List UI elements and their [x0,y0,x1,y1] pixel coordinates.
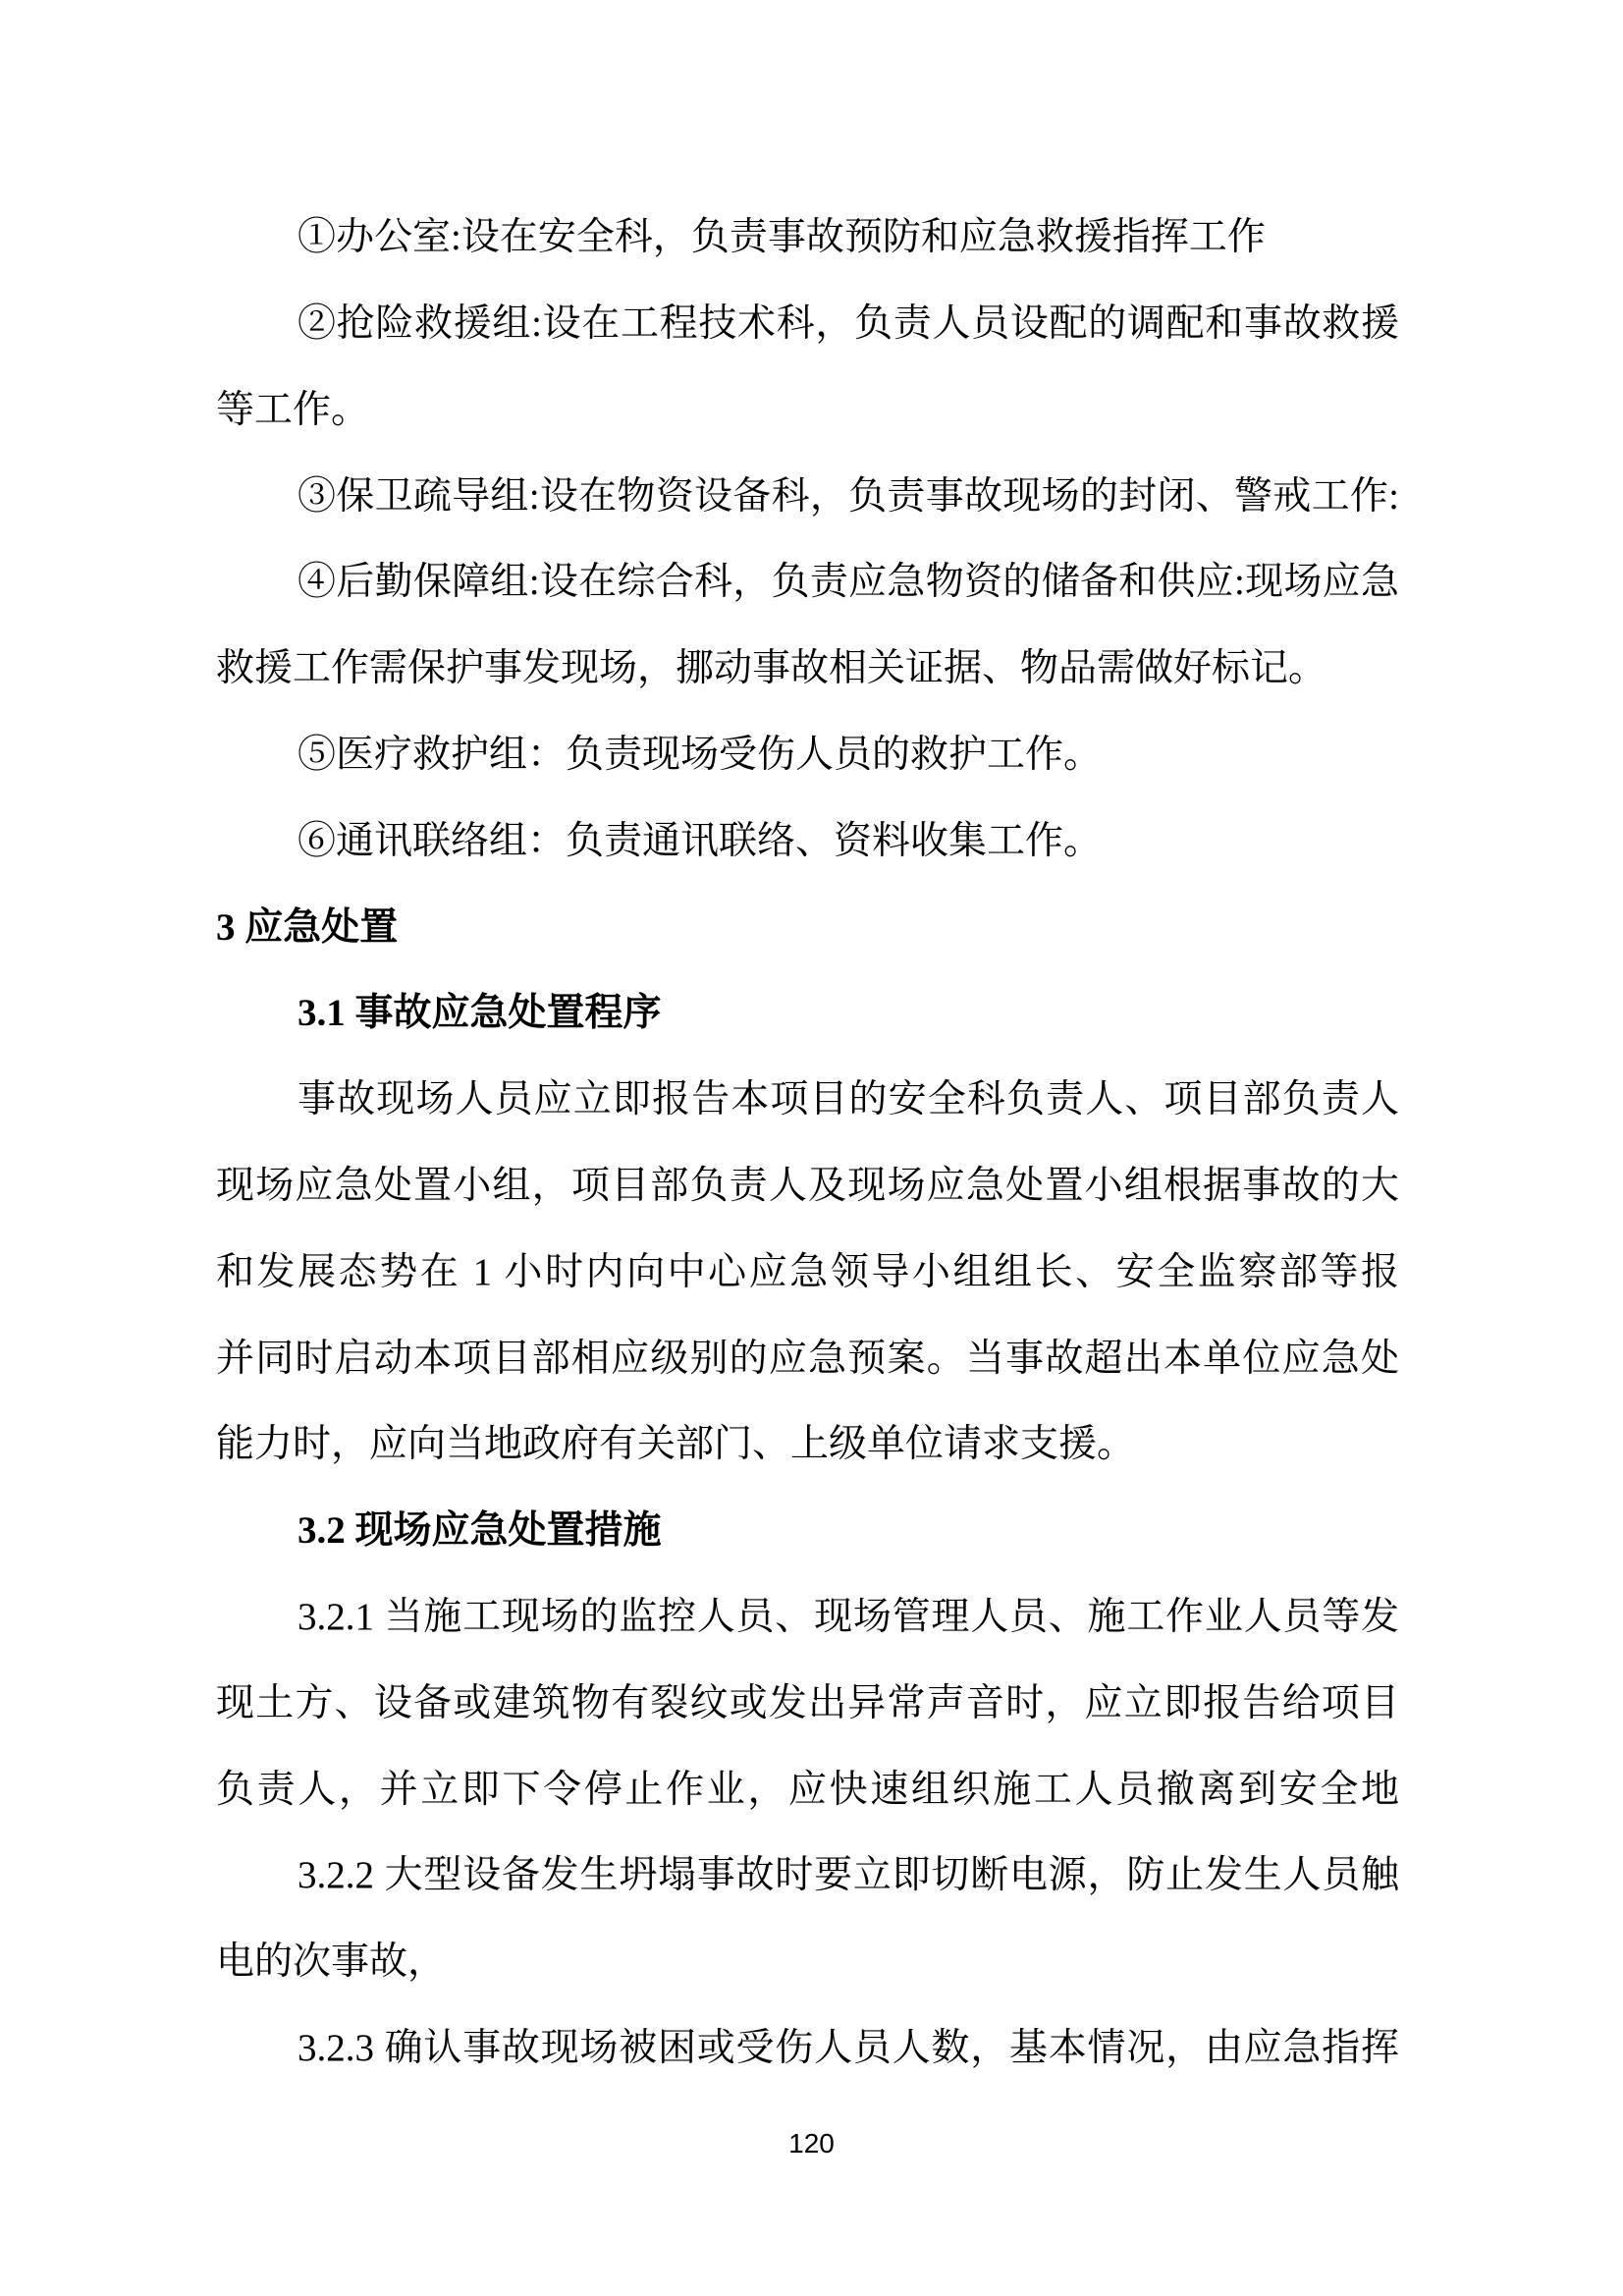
para-3-1-line-2: 现场应急处置小组，项目部负责人及现场应急处置小组根据事故的大小 [216,1164,1399,1209]
heading-section-3: 3 应急处置 [216,905,398,951]
list-item-medical-team: ⑤医疗救护组：负责现场受伤人员的救护工作。 [216,733,1102,778]
list-item-rescue-team: ②抢险救援组:设在工程技术科，负责人员设配的调配和事故救援 [216,301,1399,347]
heading-section-3-1: 3.1 事故应急处置程序 [216,991,662,1036]
para-3-1-line-1: 事故现场人员应立即报告本项目的安全科负责人、项目部负责人及 [216,1077,1399,1122]
list-item-rescue-team-cont: 等工作。 [216,388,369,433]
page-number: 120 [0,2127,1623,2160]
para-3-1-line-4: 并同时启动本项目部相应级别的应急预案。当事故超出本单位应急处置 [216,1337,1399,1382]
list-item-communication-team: ⑥通讯联络组：负责通讯联络、资料收集工作。 [216,819,1102,864]
list-item-office: ①办公室:设在安全科，负责事故预防和应急救援指挥工作 [216,215,1266,260]
list-item-logistics-team: ④后勤保障组:设在综合科，负责应急物资的储备和供应:现场应急 [216,560,1399,605]
para-3-1-line-5: 能力时，应向当地政府有关部门、上级单位请求支援。 [216,1422,1135,1467]
para-3-2-1-line-3: 负责人，并立即下令停止作业，应快速组织施工人员撤离到安全地点。 [216,1768,1399,1813]
para-3-2-2-line-1: 3.2.2 大型设备发生坍塌事故时要立即切断电源，防止发生人员触 [216,1853,1399,1898]
list-item-logistics-team-cont: 救援工作需保护事发现场，挪动事故相关证据、物品需做好标记。 [216,646,1326,691]
para-3-1-line-3: 和发展态势在 1 小时内向中心应急领导小组组长、安全监察部等报告， [216,1250,1399,1295]
heading-section-3-2: 3.2 现场应急处置措施 [216,1508,662,1554]
para-3-2-1-line-2: 现土方、设备或建筑物有裂纹或发出异常声音时，应立即报告给项目部 [216,1681,1399,1726]
document-page: ①办公室:设在安全科，负责事故预防和应急救援指挥工作 ②抢险救援组:设在工程技术… [0,0,1623,2296]
para-3-2-1-line-1: 3.2.1 当施工现场的监控人员、现场管理人员、施工作业人员等发 [216,1595,1399,1640]
para-3-2-3-line-1: 3.2.3 确认事故现场被困或受伤人员人数，基本情况，由应急指挥 [216,2026,1399,2071]
list-item-guard-team: ③保卫疏导组:设在物资设备科，负责事故现场的封闭、警戒工作: [216,474,1399,519]
para-3-2-2-line-2: 电的次事故， [216,1940,446,1985]
